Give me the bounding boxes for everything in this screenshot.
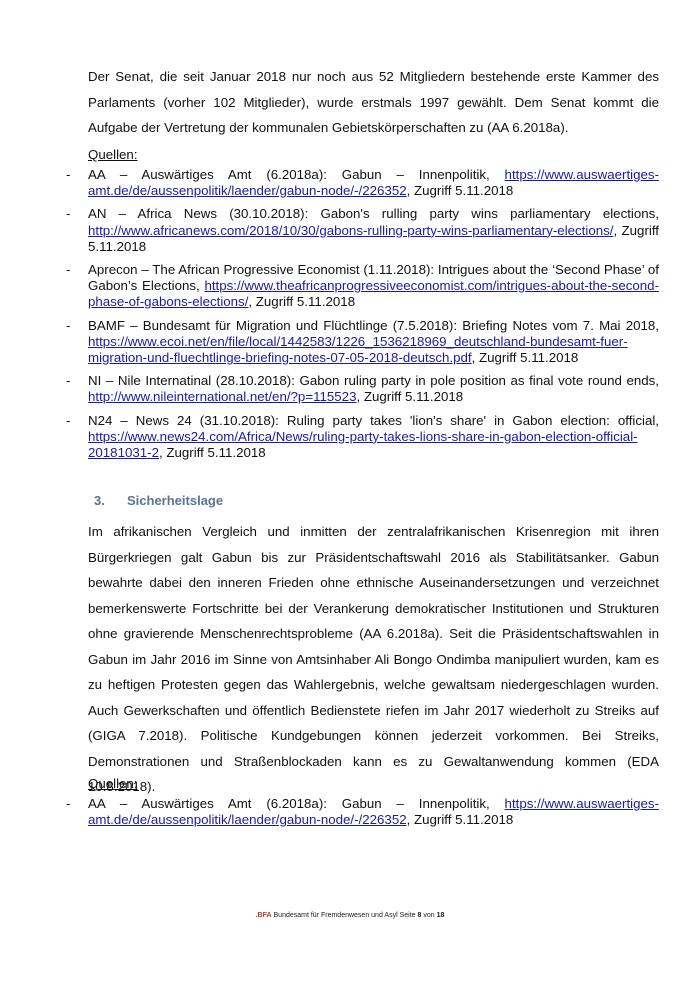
page-total: 18 bbox=[437, 912, 445, 919]
section-paragraph: Im afrikanischen Vergleich und inmitten … bbox=[88, 519, 659, 800]
bullet-dash: - bbox=[66, 167, 70, 183]
sources-list: -AA – Auswärtiges Amt (6.2018a): Gabun –… bbox=[66, 167, 659, 468]
bfa-logo-text: .BFA bbox=[256, 912, 272, 919]
sources-label: Quellen: bbox=[88, 147, 138, 162]
bullet-dash: - bbox=[66, 413, 70, 429]
sources-label-2: Quellen: bbox=[88, 776, 138, 791]
source-link[interactable]: https://www.auswaertiges-amt.de/de/ausse… bbox=[88, 796, 659, 827]
page-footer: .BFA Bundesamt für Fremdenwesen und Asyl… bbox=[0, 912, 700, 919]
source-item: -BAMF – Bundesamt für Migration und Flüc… bbox=[66, 318, 659, 367]
document-page: Der Senat, die seit Januar 2018 nur noch… bbox=[0, 0, 700, 995]
source-link[interactable]: http://www.nileinternational.net/en/?p=1… bbox=[88, 389, 356, 404]
source-link[interactable]: https://www.auswaertiges-amt.de/de/ausse… bbox=[88, 167, 659, 198]
source-item: -AA – Auswärtiges Amt (6.2018a): Gabun –… bbox=[66, 796, 659, 828]
bullet-dash: - bbox=[66, 206, 70, 222]
source-item: -N24 – News 24 (31.10.2018): Ruling part… bbox=[66, 413, 659, 462]
bullet-dash: - bbox=[66, 262, 70, 278]
bullet-dash: - bbox=[66, 373, 70, 389]
section-number: 3. bbox=[94, 493, 127, 508]
source-link[interactable]: http://www.africanews.com/2018/10/30/gab… bbox=[88, 223, 613, 238]
section-title: Sicherheitslage bbox=[127, 493, 223, 508]
source-item: -Aprecon – The African Progressive Econo… bbox=[66, 262, 659, 311]
section-heading: 3.Sicherheitslage bbox=[94, 493, 223, 508]
source-link[interactable]: https://www.theafricanprogressiveeconomi… bbox=[88, 278, 659, 309]
source-item: -AN – Africa News (30.10.2018): Gabon's … bbox=[66, 206, 659, 255]
source-item: -NI – Nile Internatinal (28.10.2018): Ga… bbox=[66, 373, 659, 405]
intro-paragraph: Der Senat, die seit Januar 2018 nur noch… bbox=[88, 64, 659, 141]
sources-list-2: -AA – Auswärtiges Amt (6.2018a): Gabun –… bbox=[66, 796, 659, 835]
bullet-dash: - bbox=[66, 318, 70, 334]
footer-org: Bundesamt für Fremdenwesen und Asyl Seit… bbox=[272, 912, 418, 919]
source-link[interactable]: https://www.news24.com/Africa/News/rulin… bbox=[88, 429, 638, 460]
source-link[interactable]: https://www.ecoi.net/en/file/local/14425… bbox=[88, 334, 628, 365]
footer-of: von bbox=[421, 912, 436, 919]
bullet-dash: - bbox=[66, 796, 70, 812]
source-item: -AA – Auswärtiges Amt (6.2018a): Gabun –… bbox=[66, 167, 659, 199]
